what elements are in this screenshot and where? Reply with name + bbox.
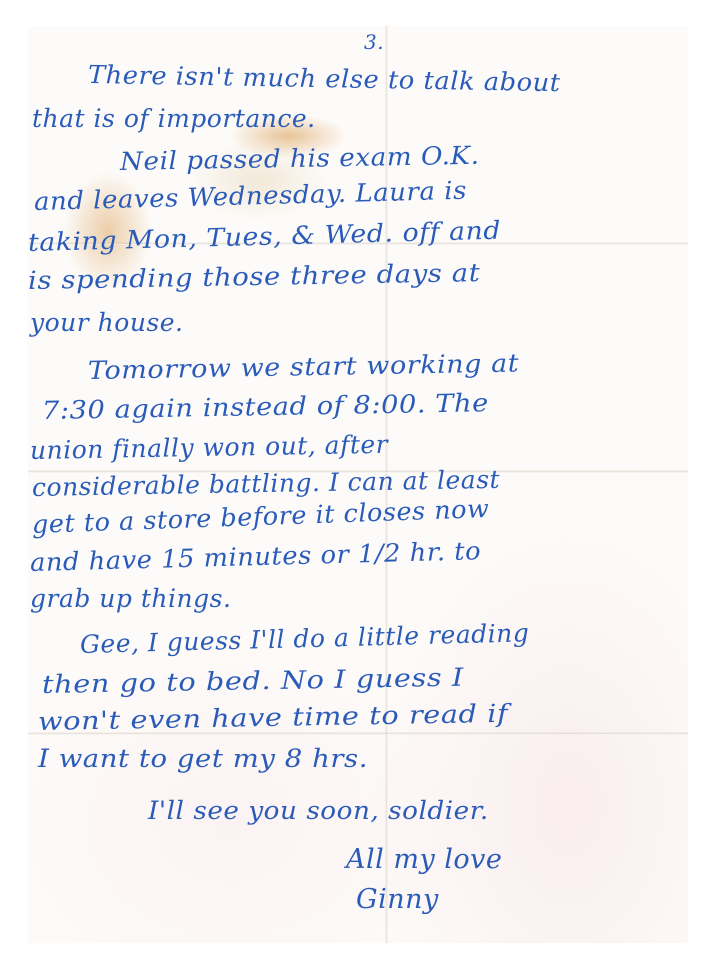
letter-line: union finally won out, after xyxy=(30,430,389,465)
page-number: 3. xyxy=(364,30,384,54)
letter-signature: Ginny xyxy=(356,884,439,915)
letter-closing: All my love xyxy=(346,844,502,875)
letter-line: and leaves Wednesday. Laura is xyxy=(34,176,468,216)
letter-line: then go to bed. No I guess I xyxy=(42,663,464,699)
letter-line: Tomorrow we start working at xyxy=(88,348,520,385)
letter-line: I want to get my 8 hrs. xyxy=(38,744,368,773)
letter-line: grab up things. xyxy=(30,584,231,613)
letter-line: There isn't much else to talk about xyxy=(88,60,561,97)
letter-line: that is of importance. xyxy=(32,104,316,133)
letter-line: Gee, I guess I'll do a little reading xyxy=(80,618,530,659)
letter-line: 7:30 again instead of 8:00. The xyxy=(42,388,489,425)
letter-line: is spending those three days at xyxy=(28,258,481,295)
letter-line: I'll see you soon, soldier. xyxy=(148,796,489,825)
letter-line: and have 15 minutes or 1/2 hr. to xyxy=(30,536,482,577)
letter-line: won't even have time to read if xyxy=(38,699,509,736)
letter-line: Neil passed his exam O.K. xyxy=(120,141,480,176)
letter-page: 3. There isn't much else to talk about t… xyxy=(28,26,688,943)
letter-line: your house. xyxy=(30,308,184,337)
letter-line: taking Mon, Tues, & Wed. off and xyxy=(28,216,502,257)
